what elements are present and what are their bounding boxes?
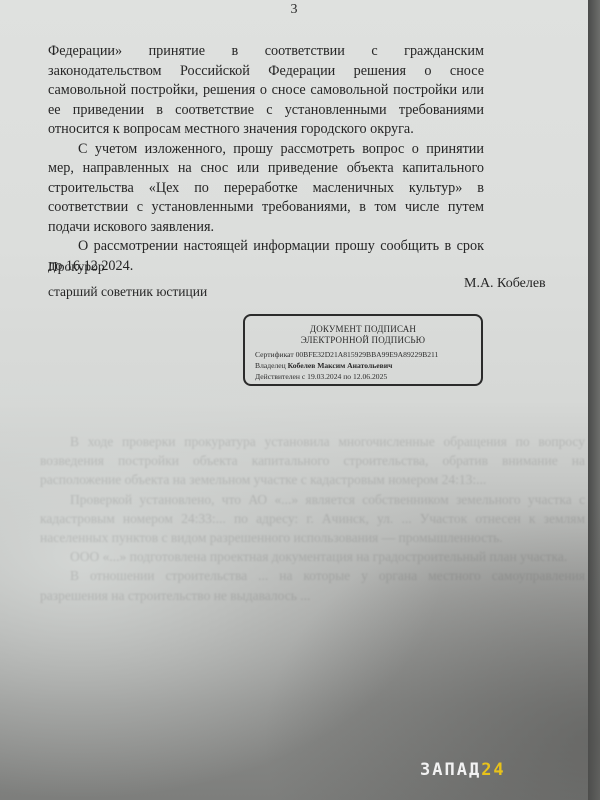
logo-text-yellow: 24	[481, 760, 505, 780]
stamp-validity: Действителен с 19.03.2024 по 12.06.2025	[255, 372, 387, 381]
validity-to-label: по	[343, 372, 351, 381]
stamp-owner: Владелец Кобелев Максим Анатольевич	[255, 361, 392, 370]
owner-value: Кобелев Максим Анатольевич	[288, 361, 393, 370]
bleed-paragraph: В отношении строительства ... на которые…	[40, 566, 585, 604]
page-number: 3	[0, 2, 588, 18]
logo-text-white: ЗАПАД	[420, 760, 481, 780]
paragraph-legal-basis: Федерации» принятие в соответствии с гра…	[48, 42, 484, 140]
bleed-paragraph: В ходе проверки прокуратура установила м…	[40, 432, 585, 490]
validity-label: Действителен с	[255, 372, 305, 381]
bleed-paragraph: Проверкой установлено, что АО «...» явля…	[40, 490, 585, 548]
signatory-rank: старший советник юстиции	[48, 284, 207, 300]
bleed-through-text: В ходе проверки прокуратура установила м…	[40, 432, 585, 605]
zapad24-watermark-logo: ЗАПАД24	[420, 760, 506, 780]
paragraph-deadline: О рассмотрении настоящей информации прош…	[48, 237, 484, 276]
stamp-certificate: Сертификат 00BFE32D21A815929BBA99E9A8922…	[255, 350, 438, 359]
signatory-position: Прокурор	[48, 259, 105, 275]
certificate-value: 00BFE32D21A815929BBA99E9A89229B211	[296, 350, 439, 359]
document-body: Федерации» принятие в соответствии с гра…	[48, 42, 484, 276]
page-edge-shadow	[588, 0, 600, 800]
signatory-name: М.А. Кобелев	[464, 276, 546, 292]
valid-to: 12.06.2025	[353, 372, 387, 381]
paragraph-request: С учетом изложенного, прошу рассмотреть …	[48, 140, 484, 238]
electronic-signature-stamp: ДОКУМЕНТ ПОДПИСАН ЭЛЕКТРОННОЙ ПОДПИСЬЮ С…	[243, 314, 483, 386]
stamp-title-line2: ЭЛЕКТРОННОЙ ПОДПИСЬЮ	[245, 335, 481, 345]
valid-from: 19.03.2024	[307, 372, 341, 381]
bleed-paragraph: ООО «...» подготовлена проектная докумен…	[40, 547, 585, 566]
owner-label: Владелец	[255, 361, 286, 370]
certificate-label: Сертификат	[255, 350, 294, 359]
stamp-title-line1: ДОКУМЕНТ ПОДПИСАН	[245, 324, 481, 334]
